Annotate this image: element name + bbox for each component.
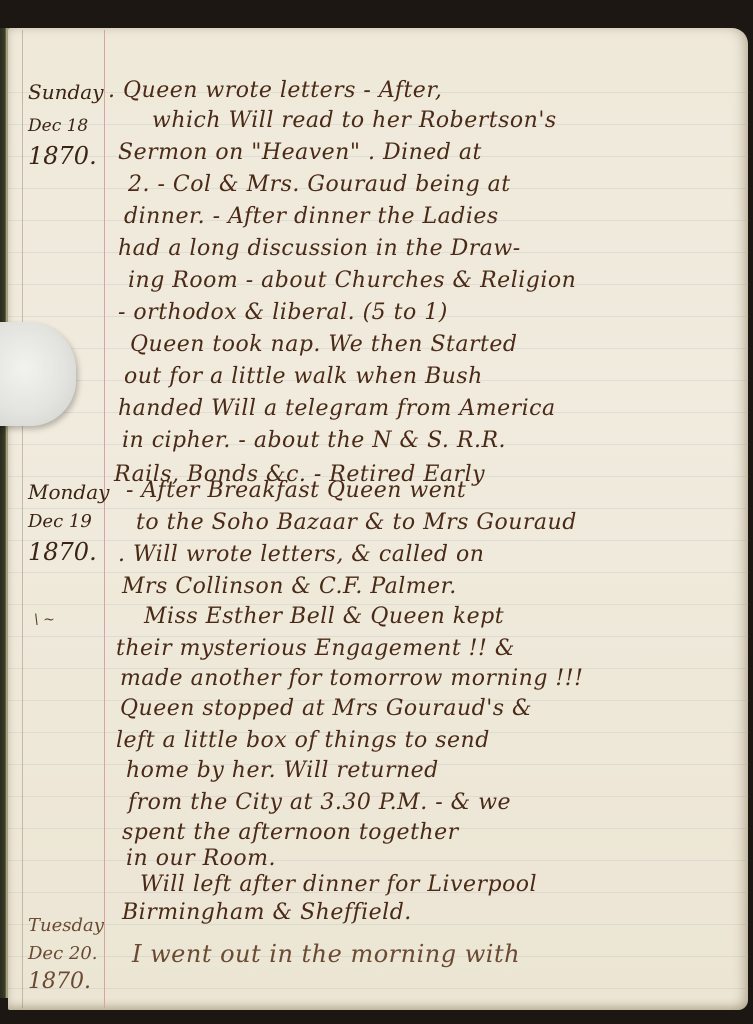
entry-date-date: Dec 18	[28, 112, 106, 140]
entry-line: - After Breakfast Queen went	[126, 478, 466, 503]
entry-line: Queen took nap. We then Started	[130, 332, 517, 357]
entry-date-day: Tuesday	[28, 912, 106, 940]
entry-line: to the Soho Bazaar & to Mrs Gouraud	[136, 510, 577, 535]
entry-line: - orthodox & liberal. (5 to 1)	[118, 300, 448, 325]
entry-line: . Queen wrote letters - After,	[108, 78, 442, 103]
inner-margin-rule	[22, 30, 23, 1008]
entry-line: handed Will a telegram from America	[118, 396, 556, 421]
entry-line: dinner. - After dinner the Ladies	[124, 204, 499, 229]
entry-date-day: Sunday	[28, 78, 106, 106]
entry-date-year: 1870.	[28, 142, 106, 170]
entry-line: left a little box of things to send	[116, 728, 490, 753]
entry-line: in our Room.	[126, 846, 276, 871]
entry-date-date: Dec 19	[28, 508, 106, 536]
entry-line: I went out in the morning with	[132, 940, 520, 968]
entry-line: Will left after dinner for Liverpool	[140, 872, 537, 897]
entry-date-year: 1870.	[28, 538, 106, 566]
margin-mark: \ ~	[34, 612, 55, 628]
entry-line: . Will wrote letters, & called on	[118, 542, 484, 567]
entry-line: from the City at 3.30 P.M. - & we	[128, 790, 511, 815]
entry-line: Queen stopped at Mrs Gouraud's &	[120, 696, 532, 721]
entry-line: made another for tomorrow morning !!!	[120, 666, 583, 691]
entry-line: spent the afternoon together	[122, 820, 459, 845]
entry-line: out for a little walk when Bush	[124, 364, 483, 389]
entry-line: their mysterious Engagement !! &	[116, 636, 515, 661]
entry-line: Sermon on "Heaven" . Dined at	[118, 140, 482, 165]
entry-date-year: 1870.	[28, 968, 106, 996]
entry-line: home by her. Will returned	[126, 758, 439, 783]
entry-line: Miss Esther Bell & Queen kept	[144, 604, 504, 629]
entry-line: ing Room - about Churches & Religion	[128, 268, 576, 293]
entry-line: in cipher. - about the N & S. R.R.	[122, 428, 506, 453]
entry-line: Mrs Collinson & C.F. Palmer.	[122, 574, 457, 599]
entry-line: which Will read to her Robertson's	[152, 108, 557, 133]
entry-line: Birmingham & Sheffield.	[122, 900, 412, 925]
entry-line: had a long discussion in the Draw-	[118, 236, 521, 261]
entry-date-date: Dec 20.	[28, 940, 106, 968]
entry-line: 2. - Col & Mrs. Gouraud being at	[128, 172, 511, 197]
entry-date-day: Monday	[28, 478, 106, 506]
